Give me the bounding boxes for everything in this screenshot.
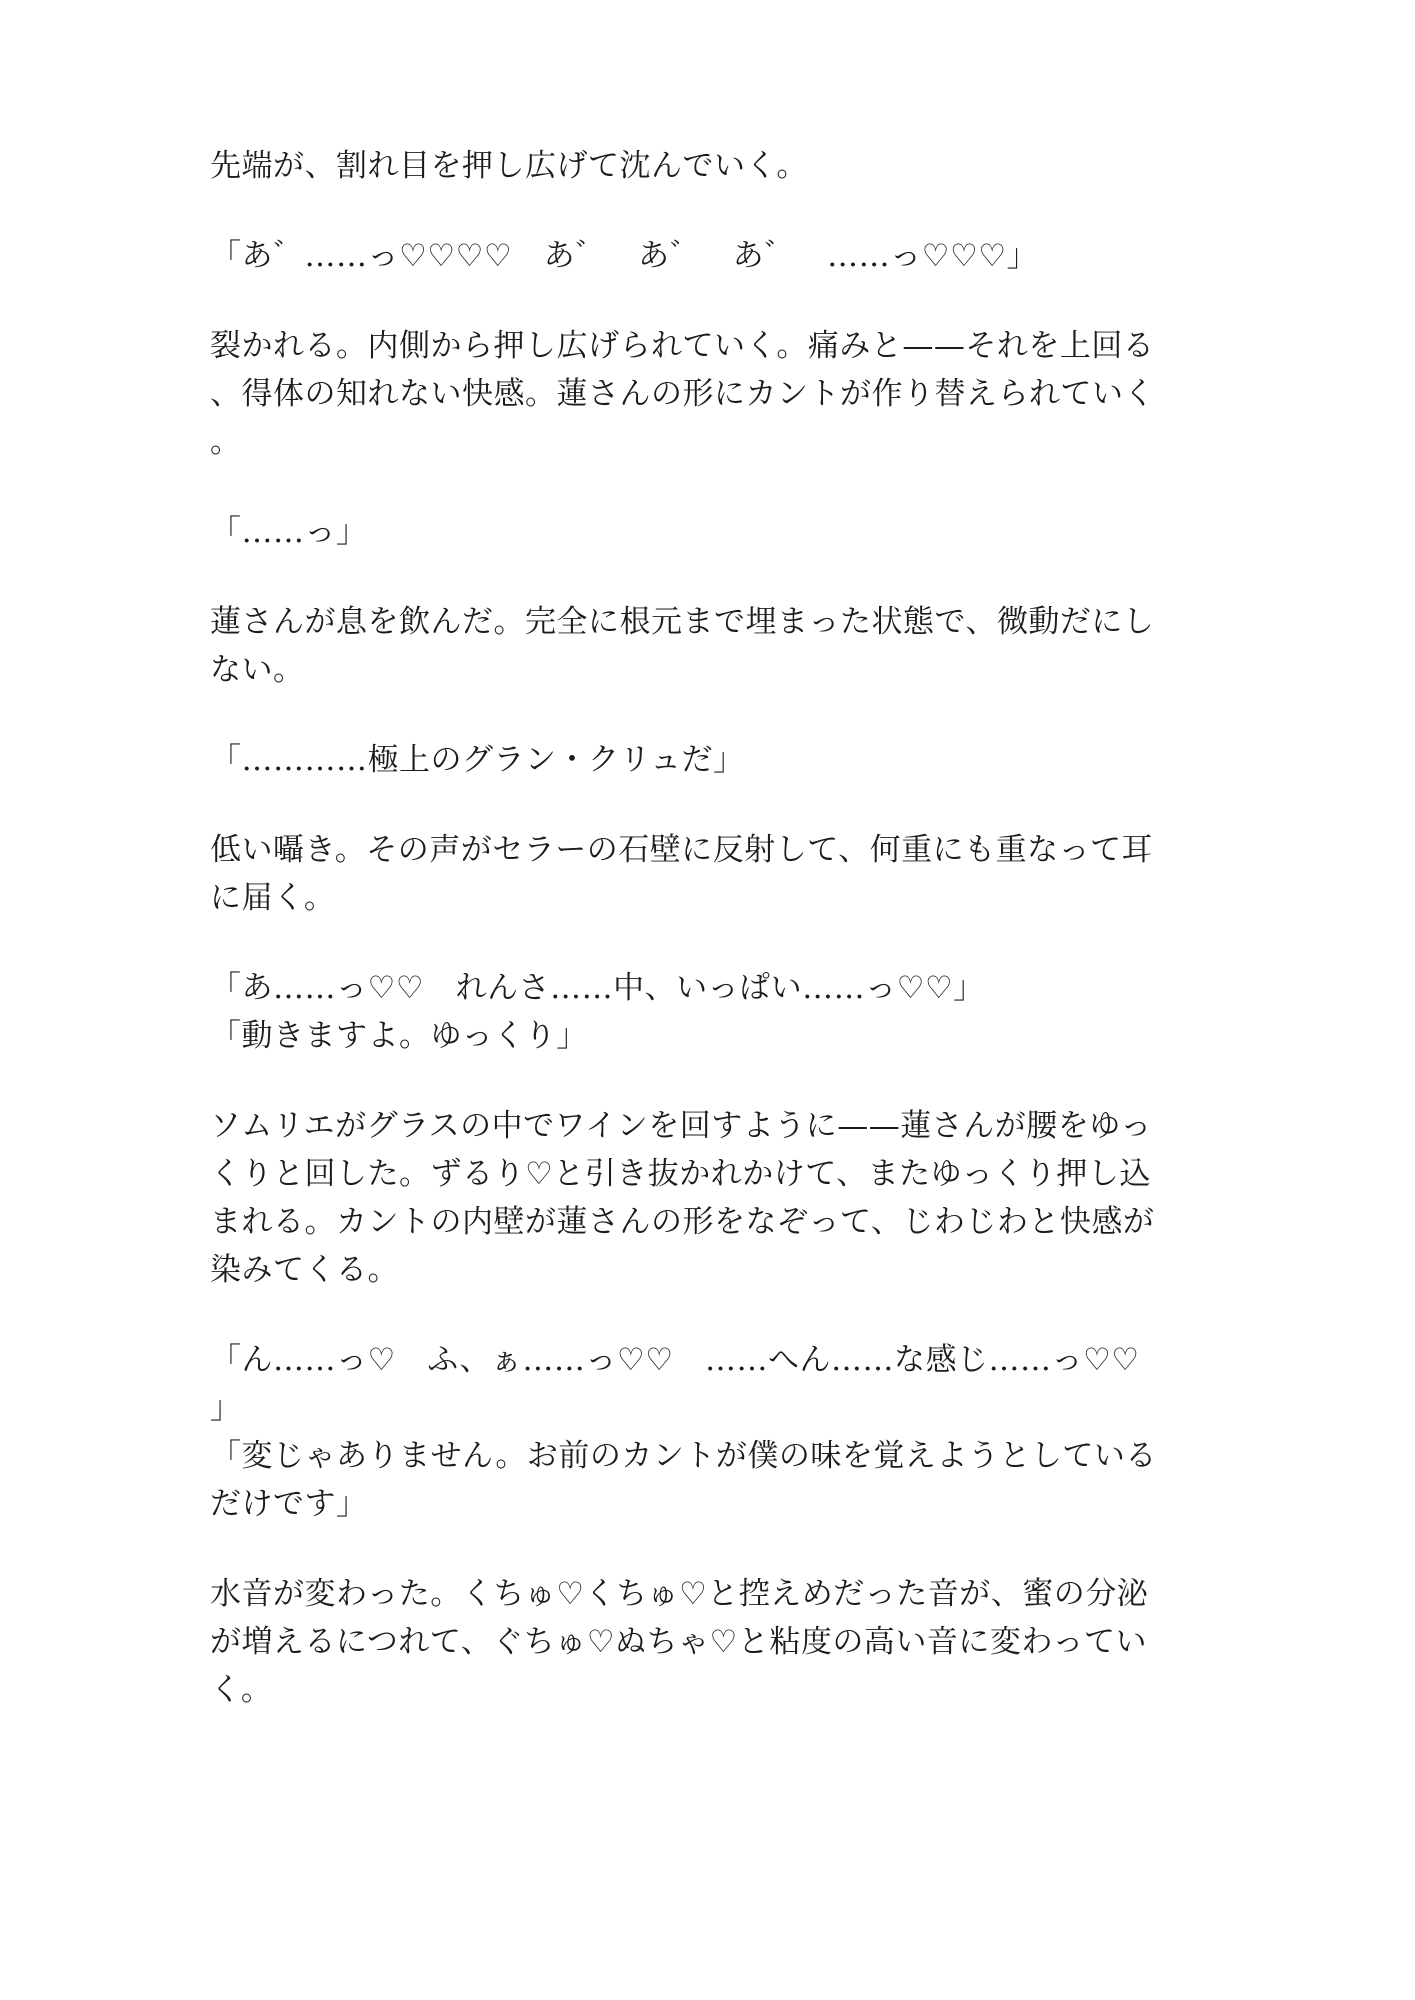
novel-paragraph: 「…………極上のグラン・クリュだ」 bbox=[210, 736, 1170, 784]
novel-paragraph: 先端が、割れ目を押し広げて沈んでいく。 bbox=[210, 142, 1170, 190]
novel-paragraph: 「あ……っ♡♡ れんさ……中、いっぱい……っ♡♡」 「動きますよ。ゆっくり」 bbox=[210, 964, 1170, 1060]
novel-paragraph: 「あ゛……っ♡♡♡♡ あ゛ あ゛ あ゛ ……っ♡♡♡」 bbox=[210, 232, 1170, 280]
novel-paragraph: 「……っ」 bbox=[210, 508, 1170, 556]
novel-paragraph: 裂かれる。内側から押し広げられていく。痛みと——それを上回る 、得体の知れない快… bbox=[210, 322, 1170, 466]
novel-paragraph: ソムリエがグラスの中でワインを回すように——蓮さんが腰をゆっ くりと回した。ずる… bbox=[210, 1102, 1170, 1294]
novel-page: 先端が、割れ目を押し広げて沈んでいく。 「あ゛……っ♡♡♡♡ あ゛ あ゛ あ゛ … bbox=[0, 0, 1415, 2000]
novel-paragraph: 水音が変わった。くちゅ♡くちゅ♡と控えめだった音が、蜜の分泌 が増えるにつれて、… bbox=[210, 1570, 1170, 1714]
novel-paragraph: 蓮さんが息を飲んだ。完全に根元まで埋まった状態で、微動だにし ない。 bbox=[210, 598, 1170, 694]
novel-text-column: 先端が、割れ目を押し広げて沈んでいく。 「あ゛……っ♡♡♡♡ あ゛ あ゛ あ゛ … bbox=[210, 142, 1170, 1714]
novel-paragraph: 低い囁き。その声がセラーの石壁に反射して、何重にも重なって耳 に届く。 bbox=[210, 826, 1170, 922]
novel-paragraph: 「ん……っ♡ ふ、ぁ……っ♡♡ ……へん……な感じ……っ♡♡ 」 「変じゃありま… bbox=[210, 1336, 1170, 1528]
